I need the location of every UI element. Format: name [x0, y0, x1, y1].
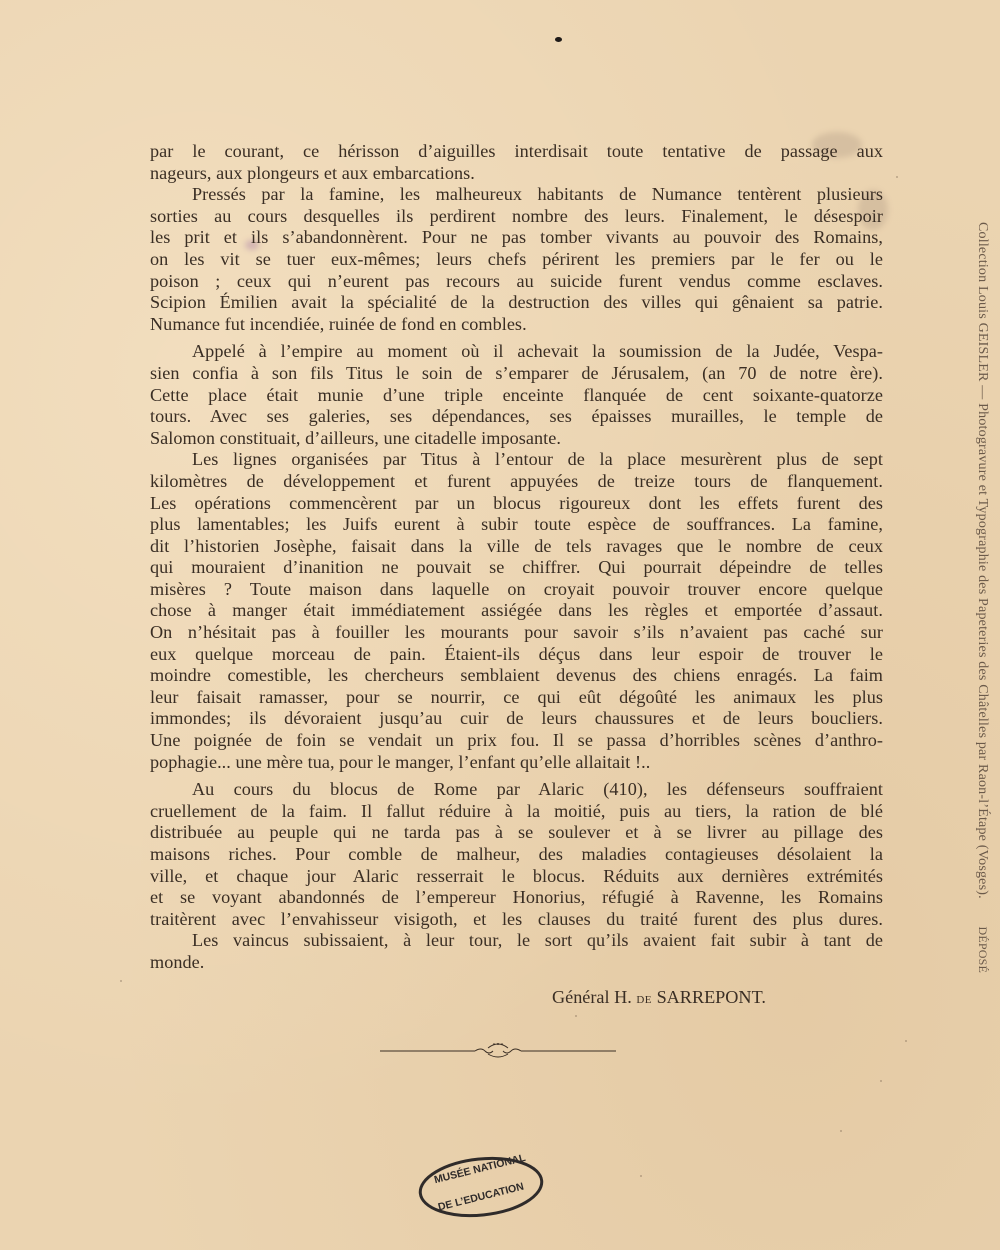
text-line: Au cours du blocus de Rome par Alaric (4… [150, 779, 883, 801]
text-line: Numance fut incendiée, ruinée de fond en… [150, 314, 883, 336]
text-line: Scipion Émilien avait la spécialité de l… [150, 292, 883, 314]
text-line: et se voyant abandonnés de l’empereur Ho… [150, 887, 883, 909]
text-line: qui mouraient d’inanition ne pouvait se … [150, 557, 883, 579]
text-line: dit l’historien Josèphe, faisait dans la… [150, 536, 883, 558]
text-line: poison ; ceux qui n’eurent pas recours a… [150, 271, 883, 293]
text-line: moindre comestible, les chercheurs sembl… [150, 665, 883, 687]
text-line: distribuée au peuple qui ne tarda pas à … [150, 822, 883, 844]
text-line: immondes; ils dévoraient jusqu’au cuir d… [150, 708, 883, 730]
text-line: les prit et ils s’abandonnèrent. Pour ne… [150, 227, 883, 249]
text-line: sorties au cours desquelles ils perdiren… [150, 206, 883, 228]
text-line: par le courant, ce hérisson d’aiguilles … [150, 141, 883, 163]
text-line: eux quelque morceau de pain. Étaient-ils… [150, 644, 883, 666]
text-line: Les lignes organisées par Titus à l’ento… [150, 449, 883, 471]
text-line: Salomon constituait, d’ailleurs, une cit… [150, 428, 883, 450]
text-line: traitèrent avec l’envahisseur visigoth, … [150, 909, 883, 931]
text-line: maisons riches. Pour comble de malheur, … [150, 844, 883, 866]
text-line: ville, et chaque jour Alaric resserrait … [150, 866, 883, 888]
text-line: misères ? Toute maison dans laquelle on … [150, 579, 883, 601]
text-line: cruellement de la faim. Il fallut réduir… [150, 801, 883, 823]
text-line: Appelé à l’empire au moment où il acheva… [150, 341, 883, 363]
paragraph: Au cours du blocus de Rome par Alaric (4… [150, 779, 883, 930]
signature-particle: de [636, 991, 652, 1007]
paragraph: Pressés par la famine, les malheureux ha… [150, 184, 883, 335]
text-line: monde. [150, 952, 883, 974]
text-line: Pressés par la famine, les malheureux ha… [150, 184, 883, 206]
scanned-page: par le courant, ce hérisson d’aiguilles … [0, 0, 1000, 1250]
ink-dot [555, 37, 562, 42]
paragraph: par le courant, ce hérisson d’aiguilles … [150, 141, 883, 184]
paragraph: Les lignes organisées par Titus à l’ento… [150, 449, 883, 773]
text-line: chose à manger était immédiatement assié… [150, 600, 883, 622]
text-line: Les opérations commencèrent par un blocu… [150, 493, 883, 515]
text-line: sien confia à son fils Titus le soin de … [150, 363, 883, 385]
text-line: leur faisait ramasser, pour se nourrir, … [150, 687, 883, 709]
text-line: pophagie... une mère tua, pour le manger… [150, 752, 883, 774]
text-line: kilomètres de développement et furent ap… [150, 471, 883, 493]
signature-prefix: Général H. [552, 987, 632, 1007]
vertical-imprint: Collection Louis GEISLER — Photogravure … [974, 222, 990, 1102]
text-line: Les vaincus subissaient, à leur tour, le… [150, 930, 883, 952]
paragraph: Les vaincus subissaient, à leur tour, le… [150, 930, 883, 973]
body-text: par le courant, ce hérisson d’aiguilles … [150, 141, 883, 974]
text-line: On n’hésitait pas à fouiller les mourant… [150, 622, 883, 644]
text-line: Une poignée de foin se vendait un prix f… [150, 730, 883, 752]
imprint-main: Collection Louis GEISLER — Photogravure … [975, 222, 990, 899]
text-line: on les vit se tuer eux-mêmes; leurs chef… [150, 249, 883, 271]
text-line: Cette place était munie d’une triple enc… [150, 385, 883, 407]
text-line: tours. Avec ses galeries, ses dépendance… [150, 406, 883, 428]
imprint-suffix: DÉPOSÉ [976, 927, 990, 974]
text-line: nageurs, aux plongeurs et aux embarcatio… [150, 163, 883, 185]
author-signature: Général H. de SARREPONT. [552, 987, 766, 1008]
signature-surname: SARREPONT. [657, 987, 766, 1007]
paragraph: Appelé à l’empire au moment où il acheva… [150, 341, 883, 449]
text-line: plus lamentables; les Juifs eurent à sub… [150, 514, 883, 536]
ornament-divider-icon [380, 1040, 616, 1060]
museum-stamp: MUSÉE NATIONAL DE L’EDUCATION [417, 1155, 545, 1219]
